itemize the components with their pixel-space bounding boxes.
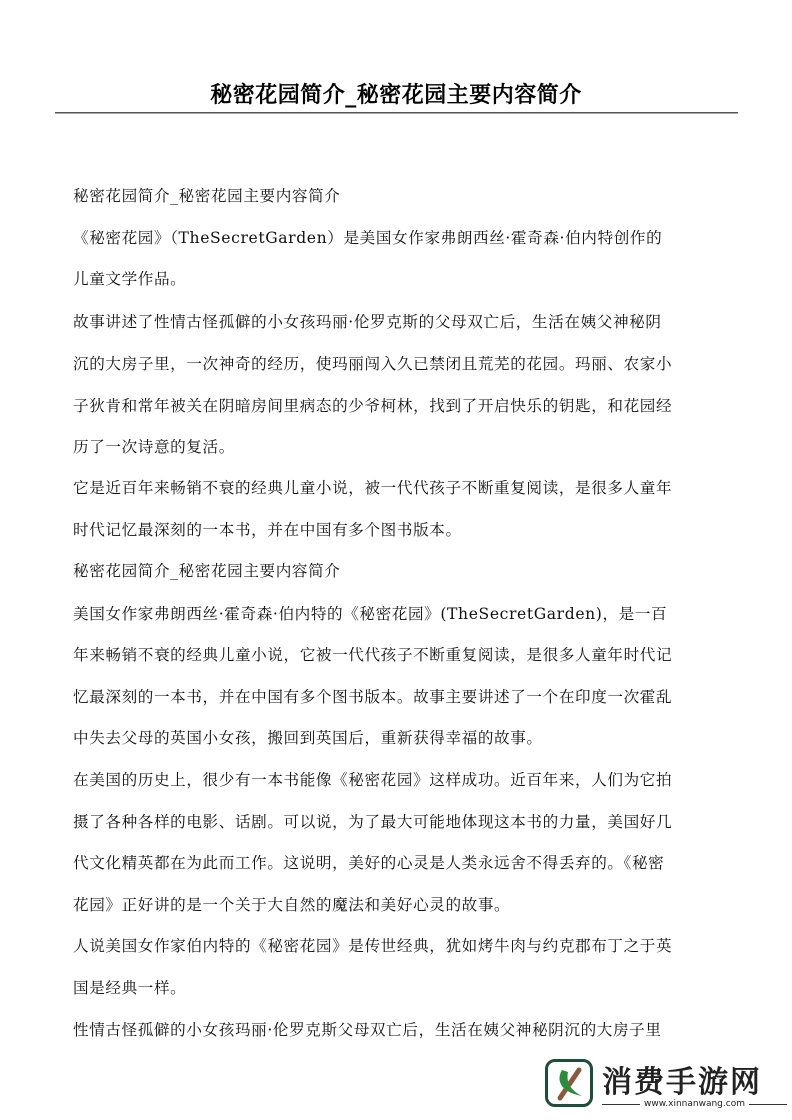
text-line: 摄了各种各样的电影、话剧。可以说，为了最大可能地体现这本书的力量，美国好几	[73, 810, 672, 832]
text-line: 年来畅销不衰的经典儿童小说，它被一代代孩子不断重复阅读，是很多人童年时代记	[73, 643, 672, 665]
text-line: 子狄肯和常年被关在阴暗房间里病态的少爷柯林，找到了开启快乐的钥匙，和花园经	[73, 394, 672, 416]
divider	[749, 1104, 787, 1105]
text-line: 人说美国女作家伯内特的《秘密花园》是传世经典，犹如烤牛肉与约克郡布丁之于英	[73, 934, 672, 956]
watermark-site-name: 消费手游网	[602, 1057, 762, 1101]
text-line: 儿童文学作品。	[73, 267, 186, 289]
text-line: 时代记忆最深刻的一本书，并在中国有多个图书版本。	[73, 518, 462, 540]
document-title: 秘密花园简介_秘密花园主要内容简介	[0, 78, 792, 109]
text-line: 花园》正好讲的是一个关于大自然的魔法和美好心灵的故事。	[73, 893, 510, 915]
text-line: 国是经典一样。	[73, 976, 186, 998]
text-line: 历了一次诗意的复活。	[73, 435, 235, 457]
text-line: 在美国的历史上，很少有一本书能像《秘密花园》这样成功。近百年来，人们为它拍	[73, 768, 672, 790]
divider	[602, 1104, 640, 1105]
watermark-url: www.xinnanwang.com	[640, 1099, 749, 1109]
text-line: 《秘密花园》（TheSecretGarden）是美国女作家弗朗西丝·霍奇森·伯内…	[73, 226, 662, 248]
watermark-logo: 消费手游网 www.xinnanwang.com	[545, 1057, 785, 1113]
text-line: 性情古怪孤僻的小女孩玛丽·伦罗克斯父母双亡后，生活在姨父神秘阴沉的大房子里	[73, 1018, 662, 1040]
text-line: 代文化精英都在为此而工作。这说明，美好的心灵是人类永远舍不得丢弃的。《秘密	[73, 851, 664, 873]
text-line: 它是近百年来畅销不衰的经典儿童小说，被一代代孩子不断重复阅读，是很多人童年	[73, 476, 672, 498]
text-line: 忆最深刻的一本书，并在中国有多个图书版本。故事主要讲述了一个在印度一次霍乱	[73, 685, 672, 707]
text-line: 故事讲述了性情古怪孤僻的小女孩玛丽·伦罗克斯的父母双亡后，生活在姨父神秘阴	[73, 310, 662, 332]
text-line: 秘密花园简介_秘密花园主要内容简介	[73, 184, 341, 206]
watermark-url-row: www.xinnanwang.com	[602, 1097, 787, 1111]
leaf-stick-logo-icon	[545, 1059, 593, 1107]
title-divider	[55, 112, 738, 113]
text-line: 美国女作家弗朗西丝·霍奇森·伯内特的《秘密花园》(TheSecretGarden…	[73, 602, 667, 624]
text-line: 秘密花园简介_秘密花园主要内容简介	[73, 559, 341, 581]
text-line: 沉的大房子里，一次神奇的经历，使玛丽闯入久已禁闭且荒芜的花园。玛丽、农家小	[73, 352, 672, 374]
text-line: 中失去父母的英国小女孩，搬回到英国后，重新获得幸福的故事。	[73, 726, 543, 748]
document-page: 秘密花园简介_秘密花园主要内容简介 秘密花园简介_秘密花园主要内容简介《秘密花园…	[0, 0, 792, 1120]
